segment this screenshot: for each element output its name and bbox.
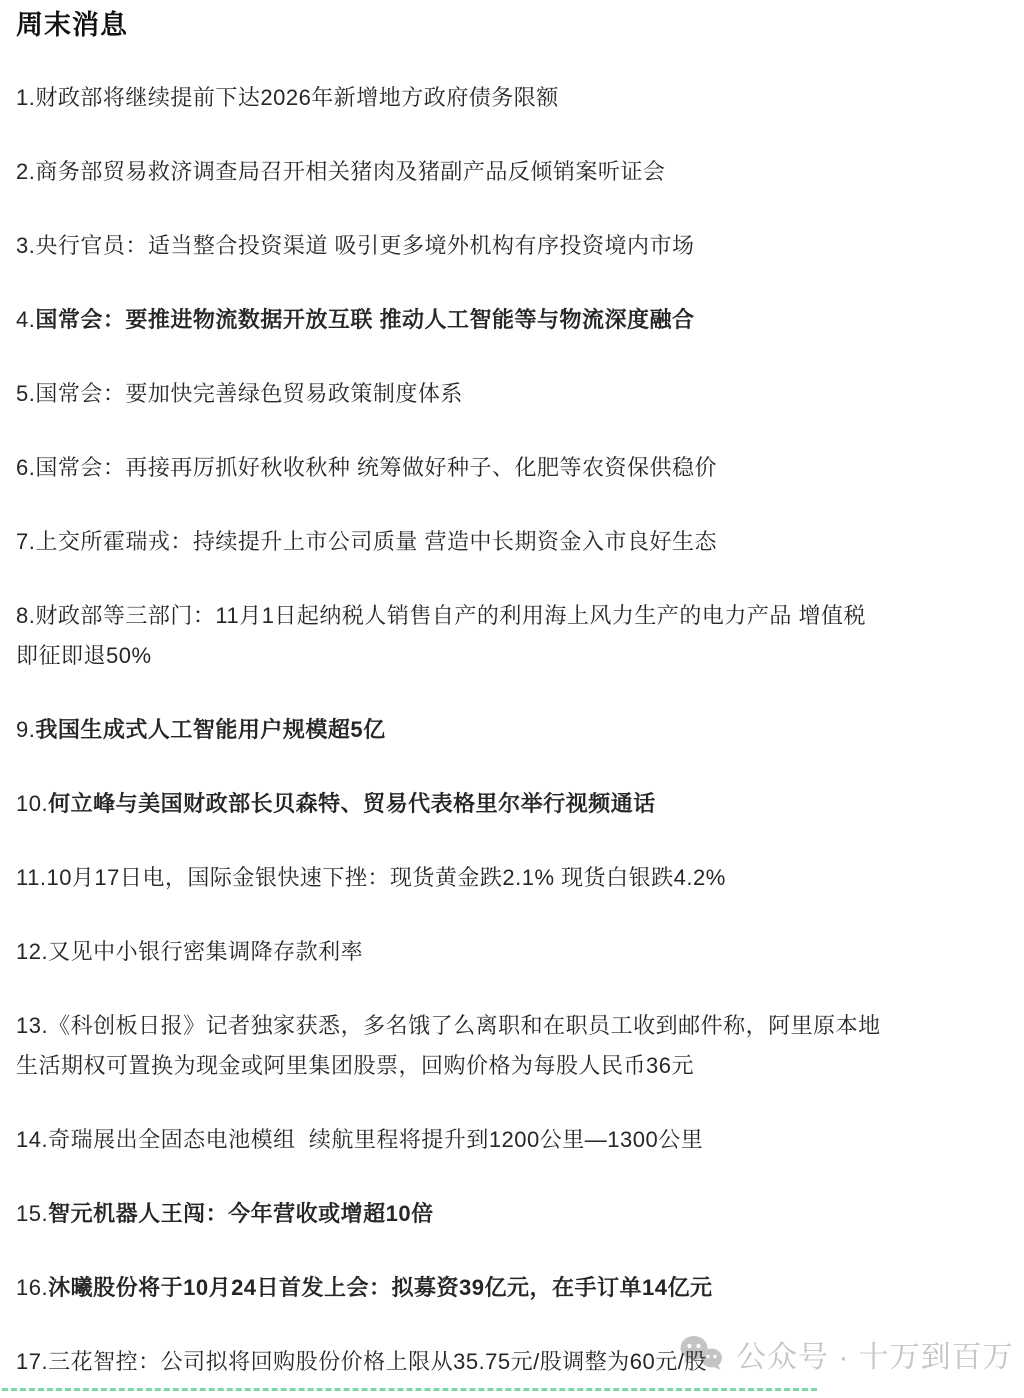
news-item-17: 17.三花智控：公司拟将回购股份价格上限从35.75元/股调整为60元/股	[16, 1342, 1008, 1382]
news-item-9: 9.我国生成式人工智能用户规模超5亿	[16, 710, 1008, 750]
item-text: 商务部贸易救济调查局召开相关猪肉及猪副产品反倾销案听证会	[35, 159, 665, 184]
item-text: 上交所霍瑞戎：持续提升上市公司质量 营造中长期资金入市良好生态	[35, 529, 717, 554]
news-item-10: 10.何立峰与美国财政部长贝森特、贸易代表格里尔举行视频通话	[16, 784, 1008, 824]
news-item-12: 12.又见中小银行密集调降存款利率	[16, 932, 1008, 972]
item-number: 15.	[16, 1201, 48, 1226]
page-title: 周末消息	[16, 6, 1008, 44]
item-text-line2: 生活期权可置换为现金或阿里集团股票，回购价格为每股人民币36元	[16, 1053, 694, 1078]
item-text: 奇瑞展出全固态电池模组 续航里程将提升到1200公里—1300公里	[48, 1127, 703, 1152]
item-text: 国常会：要加快完善绿色贸易政策制度体系	[35, 381, 463, 406]
item-number: 14.	[16, 1127, 48, 1152]
item-text: 10月17日电，国际金银快速下挫：现货黄金跌2.1% 现货白银跌4.2%	[46, 865, 725, 890]
item-number: 17.	[16, 1349, 48, 1374]
item-number: 2.	[16, 159, 35, 184]
news-item-7: 7.上交所霍瑞戎：持续提升上市公司质量 营造中长期资金入市良好生态	[16, 522, 1008, 562]
news-item-3: 3.央行官员：适当整合投资渠道 吸引更多境外机构有序投资境内市场	[16, 226, 1008, 266]
item-text: 又见中小银行密集调降存款利率	[48, 939, 363, 964]
highlight-underline	[2, 1388, 817, 1391]
news-item-1: 1.财政部将继续提前下达2026年新增地方政府债务限额	[16, 78, 1008, 118]
item-text: 财政部等三部门：11月1日起纳税人销售自产的利用海上风力生产的电力产品 增值税	[35, 603, 866, 628]
news-item-14: 14.奇瑞展出全固态电池模组 续航里程将提升到1200公里—1300公里	[16, 1120, 1008, 1160]
item-number: 8.	[16, 603, 35, 628]
item-number: 6.	[16, 455, 35, 480]
item-number: 1.	[16, 85, 35, 110]
item-number: 10.	[16, 791, 48, 816]
item-text: 国常会：再接再厉抓好秋收秋种 统筹做好种子、化肥等农资保供稳价	[35, 455, 717, 480]
item-text: 三花智控：公司拟将回购股份价格上限从35.75元/股调整为60元/股	[48, 1349, 707, 1374]
item-text: 《科创板日报》记者独家获悉，多名饿了么离职和在职员工收到邮件称，阿里原本地	[48, 1013, 881, 1038]
item-text: 何立峰与美国财政部长贝森特、贸易代表格里尔举行视频通话	[48, 791, 656, 816]
news-item-5: 5.国常会：要加快完善绿色贸易政策制度体系	[16, 374, 1008, 414]
item-text: 智元机器人王闯：今年营收或增超10倍	[48, 1201, 433, 1226]
item-number: 9.	[16, 717, 35, 742]
item-number: 12.	[16, 939, 48, 964]
item-text: 我国生成式人工智能用户规模超5亿	[35, 717, 385, 742]
news-item-8: 8.财政部等三部门：11月1日起纳税人销售自产的利用海上风力生产的电力产品 增值…	[16, 596, 1008, 676]
item-text: 国常会：要推进物流数据开放互联 推动人工智能等与物流深度融合	[35, 307, 694, 332]
item-text: 沐曦股份将于10月24日首发上会：拟募资39亿元，在手订单14亿元	[48, 1275, 712, 1300]
article-page: 周末消息 1.财政部将继续提前下达2026年新增地方政府债务限额 2.商务部贸易…	[0, 0, 1024, 1398]
news-item-6: 6.国常会：再接再厉抓好秋收秋种 统筹做好种子、化肥等农资保供稳价	[16, 448, 1008, 488]
item-text-line2: 即征即退50%	[16, 643, 152, 668]
item-number: 3.	[16, 233, 35, 258]
news-item-15: 15.智元机器人王闯：今年营收或增超10倍	[16, 1194, 1008, 1234]
item-number: 4.	[16, 307, 35, 332]
item-number: 13.	[16, 1013, 48, 1038]
item-number: 7.	[16, 529, 35, 554]
news-item-13: 13.《科创板日报》记者独家获悉，多名饿了么离职和在职员工收到邮件称，阿里原本地…	[16, 1006, 1008, 1086]
item-number: 5.	[16, 381, 35, 406]
news-item-11: 11.10月17日电，国际金银快速下挫：现货黄金跌2.1% 现货白银跌4.2%	[16, 858, 1008, 898]
news-item-2: 2.商务部贸易救济调查局召开相关猪肉及猪副产品反倾销案听证会	[16, 152, 1008, 192]
news-item-4: 4.国常会：要推进物流数据开放互联 推动人工智能等与物流深度融合	[16, 300, 1008, 340]
item-number: 16.	[16, 1275, 48, 1300]
news-item-16: 16.沐曦股份将于10月24日首发上会：拟募资39亿元，在手订单14亿元	[16, 1268, 1008, 1308]
item-text: 财政部将继续提前下达2026年新增地方政府债务限额	[35, 85, 558, 110]
item-text: 央行官员：适当整合投资渠道 吸引更多境外机构有序投资境内市场	[35, 233, 694, 258]
item-number: 11.	[16, 865, 46, 890]
